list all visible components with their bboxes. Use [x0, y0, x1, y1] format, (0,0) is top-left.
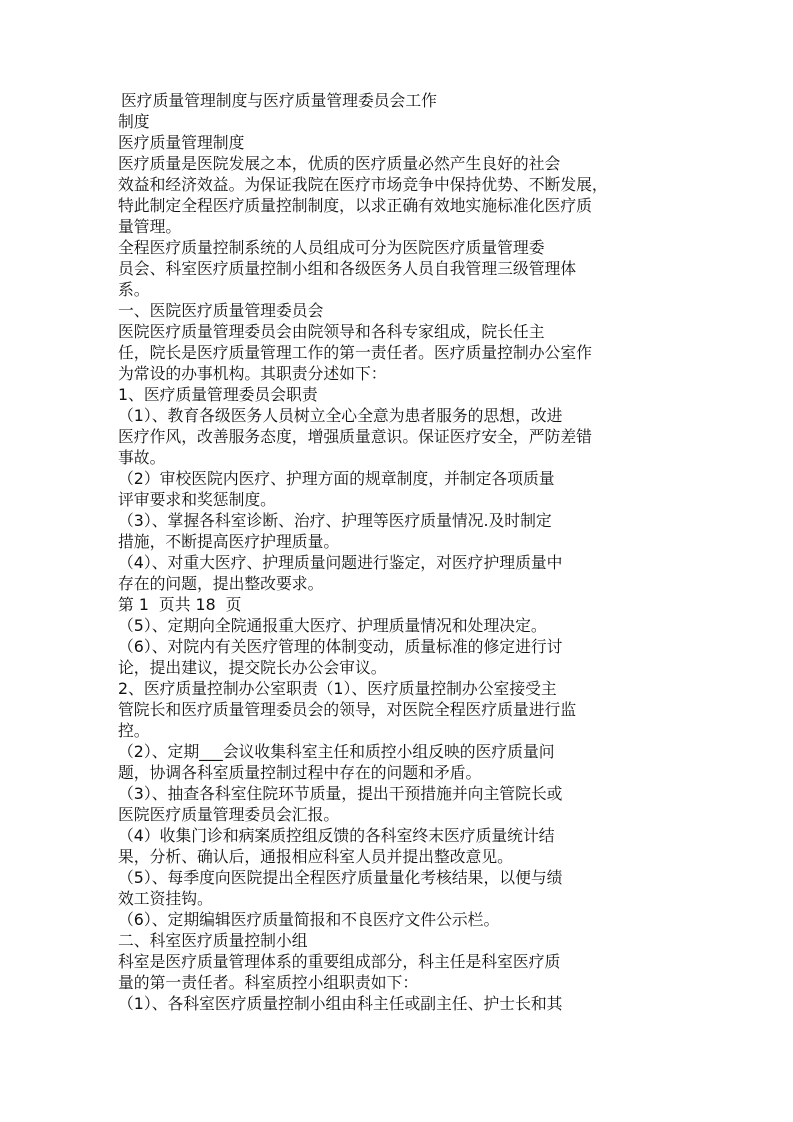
document-title-line-1: 医疗质量管理制度与医疗质量管理委员会工作 [118, 90, 678, 111]
list-item-line: 措施，不断提高医疗护理质量。 [118, 531, 678, 552]
paragraph-line: 医疗质量是医院发展之本，优质的医疗质量必然产生良好的社会 [118, 153, 678, 174]
list-item-line: （1）、教育各级医务人员树立全心全意为患者服务的思想，改进 [118, 405, 678, 426]
list-item-line: （3）、抽查各科室住院环节质量，提出干预措施并向主管院长或 [118, 783, 678, 804]
list-item-line: 题，协调各科室质量控制过程中存在的问题和矛盾。 [118, 762, 678, 783]
section-heading: 一、医院医疗质量管理委员会 [118, 300, 678, 321]
list-item-line: 控。 [118, 720, 678, 741]
list-item-line: （4）收集门诊和病案质控组反馈的各科室终末医疗质量统计结 [118, 825, 678, 846]
document-page: 医疗质量管理制度与医疗质量管理委员会工作 制度 医疗质量管理制度 医疗质量是医院… [0, 0, 793, 1122]
document-body: 医疗质量管理制度与医疗质量管理委员会工作 制度 医疗质量管理制度 医疗质量是医院… [118, 90, 678, 1014]
subsection-heading: 1、医疗质量管理委员会职责 [118, 384, 678, 405]
list-item-line: （5）、定期向全院通报重大医疗、护理质量情况和处理决定。 [118, 615, 678, 636]
paragraph-line: 系。 [118, 279, 678, 300]
paragraph-line: 量的第一责任者。科室质控小组职责如下： [118, 972, 678, 993]
list-item-line: （3）、掌握各科室诊断、治疗、护理等医疗质量情况.及时制定 [118, 510, 678, 531]
subsection-heading: 2、医疗质量控制办公室职责（1）、医疗质量控制办公室接受主 [118, 678, 678, 699]
list-item-line: （6）、对院内有关医疗管理的体制变动，质量标准的修定进行讨 [118, 636, 678, 657]
paragraph-line: 效益和经济效益。为保证我院在医疗市场竞争中保持优势、不断发展， [118, 174, 678, 195]
section-heading: 二、科室医疗质量控制小组 [118, 930, 678, 951]
paragraph-line: 员会、科室医疗质量控制小组和各级医务人员自我管理三级管理体 [118, 258, 678, 279]
paragraph-line: 量管理。 [118, 216, 678, 237]
paragraph-line: 医院医疗质量管理委员会由院领导和各科专家组成，院长任主 [118, 321, 678, 342]
list-item-line: （5）、每季度向医院提出全程医疗质量量化考核结果，以便与绩 [118, 867, 678, 888]
list-item-line: 果，分析、确认后，通报相应科室人员并提出整改意见。 [118, 846, 678, 867]
section-heading: 医疗质量管理制度 [118, 132, 678, 153]
paragraph-line: 任，院长是医疗质量管理工作的第一责任者。医疗质量控制办公室作 [118, 342, 678, 363]
list-item-line: （2）、定期___会议收集科室主任和质控小组反映的医疗质量问 [118, 741, 678, 762]
paragraph-line: 全程医疗质量控制系统的人员组成可分为医院医疗质量管理委 [118, 237, 678, 258]
list-item-line: 评审要求和奖惩制度。 [118, 489, 678, 510]
list-item-line: （4）、对重大医疗、护理质量问题进行鉴定，对医疗护理质量中 [118, 552, 678, 573]
page-number-marker: 第 1 页共 18 页 [118, 594, 678, 615]
document-title-line-2: 制度 [118, 111, 678, 132]
list-item-line: 管院长和医疗质量管理委员会的领导，对医院全程医疗质量进行监 [118, 699, 678, 720]
paragraph-line: 为常设的办事机构。其职责分述如下： [118, 363, 678, 384]
list-item-line: （2）审校医院内医疗、护理方面的规章制度，并制定各项质量 [118, 468, 678, 489]
list-item-line: 医院医疗质量管理委员会汇报。 [118, 804, 678, 825]
list-item-line: （6）、定期编辑医疗质量简报和不良医疗文件公示栏。 [118, 909, 678, 930]
paragraph-line: 特此制定全程医疗质量控制制度，以求正确有效地实施标准化医疗质 [118, 195, 678, 216]
list-item-line: 事故。 [118, 447, 678, 468]
list-item-line: （1）、各科室医疗质量控制小组由科主任或副主任、护士长和其 [118, 993, 678, 1014]
list-item-line: 效工资挂钩。 [118, 888, 678, 909]
list-item-line: 存在的问题，提出整改要求。 [118, 573, 678, 594]
list-item-line: 医疗作风，改善服务态度，增强质量意识。保证医疗安全，严防差错 [118, 426, 678, 447]
paragraph-line: 科室是医疗质量管理体系的重要组成部分，科主任是科室医疗质 [118, 951, 678, 972]
list-item-line: 论，提出建议，提交院长办公会审议。 [118, 657, 678, 678]
